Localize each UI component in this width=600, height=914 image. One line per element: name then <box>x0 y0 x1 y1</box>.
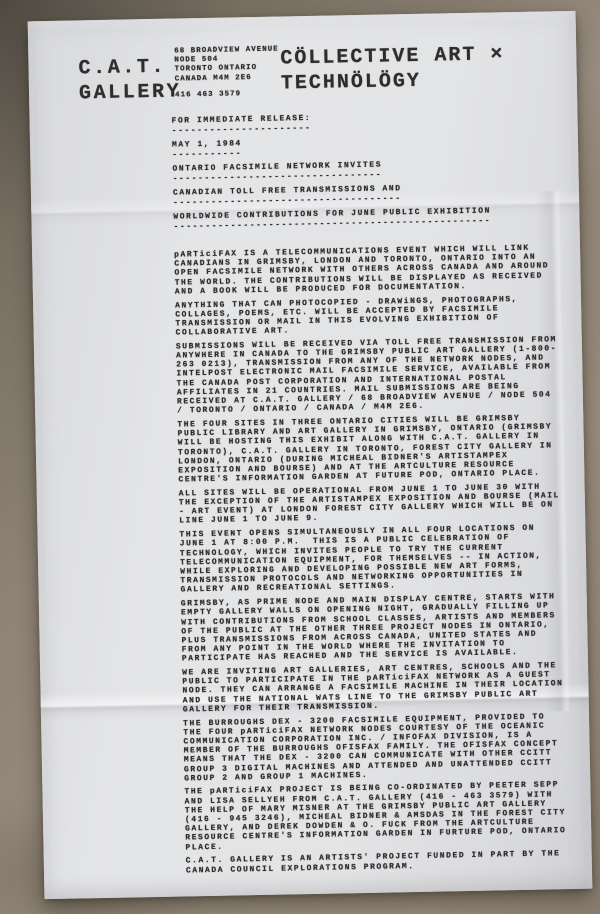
release-paragraph-1: pARTiciFAX IS A TELECOMMUNICATIONS EVENT… <box>174 243 589 297</box>
release-paragraph-5: ALL SITES WILL BE OPERATIONAL FROM JUNE … <box>179 481 594 526</box>
release-heading-for-immediate-release: FOR IMMEDIATE RELEASE: -----------------… <box>171 109 585 137</box>
cat-gallery-logo: C.A.T. GALLERY <box>78 54 181 106</box>
release-paragraph-6: THIS EVENT OPENS SIMULTANEOUSLY IN ALL F… <box>179 523 594 595</box>
release-paragraph-2: ANYTHING THAT CAN PHOTOCOPIED - DRAWiNGS… <box>175 293 590 338</box>
wordmark-line-1: CÖLLECTIVE ART × <box>280 42 504 71</box>
gallery-address: 68 BROADVIEW AVENUE NODE 504 TORONTO ONT… <box>174 46 279 85</box>
release-paragraph-8: WE ARE INVITING ART GALLERIES, ART CENTR… <box>182 661 597 715</box>
release-paragraph-3: SUBMISSIONS WILL BE RECEIVED VIA TOLL FR… <box>176 334 591 416</box>
press-release-document: C.A.T. GALLERY 68 BROADVIEW AVENUE NODE … <box>28 11 593 899</box>
release-paragraph-7: GRIMSBY, AS PRIME NODE AND MAIN DISPLAY … <box>181 592 596 664</box>
release-paragraph-4: THE FOUR SITES IN THREE ONTARIO CITIES W… <box>177 413 592 485</box>
gallery-phone: 416 463 3579 <box>175 89 280 100</box>
release-heading-date: MAY 1, 1984 ----------- <box>172 133 586 161</box>
release-heading-transmissions: CANADIAN TOLL FREE TRANSMISSIONS AND ---… <box>173 181 587 209</box>
wordmark-line-2: TECHNÖLÖGY <box>281 67 505 96</box>
logo-line-2: GALLERY <box>79 79 182 106</box>
collective-art-technology-wordmark: CÖLLECTIVE ART × TECHNÖLÖGY <box>280 42 505 96</box>
gallery-address-block: 68 BROADVIEW AVENUE NODE 504 TORONTO ONT… <box>174 46 280 101</box>
photograph-of-press-release: { "colors": { "backdrop": "#8e8375", "pa… <box>0 0 600 914</box>
release-heading-network-invites: ONTARIO FACSIMILE NETWORK INVITES ------… <box>172 157 586 185</box>
logo-line-1: C.A.T. <box>78 54 181 81</box>
release-paragraph-11: C.A.T. GALLERY IS AN ARTISTS' PROJECT FU… <box>186 849 600 875</box>
release-body: FOR IMMEDIATE RELEASE: -----------------… <box>171 109 600 880</box>
release-paragraph-10: THE pARTiciFAX PROJECT IS BEING CO-ORDIN… <box>184 780 599 852</box>
release-heading-worldwide-contributions: WORLDWIDE CONTRIBUTIONS FOR JUNE PUBLIC … <box>173 205 587 233</box>
release-paragraph-9: THE BURROUGHS DEX - 3200 FACSIMILE EQUIP… <box>183 711 598 783</box>
